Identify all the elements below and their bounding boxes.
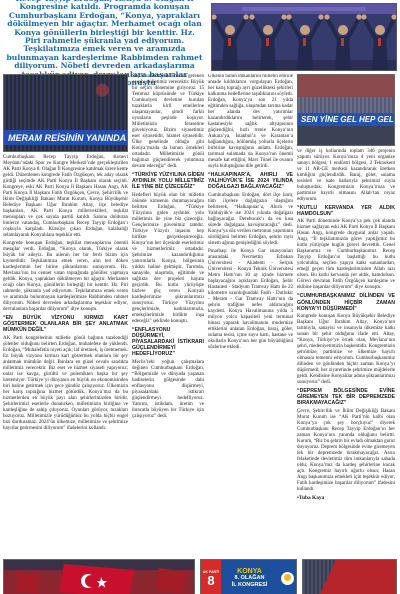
newspaper-page: Cumhurbaşkanı ve AK Parti Genel Başkanı …: [0, 0, 400, 594]
paragraph: Çevre, Şehircilik ve İklim Değişikliği B…: [297, 409, 395, 493]
turkish-flags-crowd-photo: [3, 559, 195, 594]
meram-banner-text: MERAM REİSİNİN YANINDA: [8, 133, 126, 143]
subheading: “TÜRKİYE YÜZYILINA GİDEN AYDINLIK YOLU M…: [132, 172, 204, 191]
congress-title-line3: İL KONGRESİ: [232, 582, 268, 589]
congress-banner-title: KONYA 8. OLAĞAN İL KONGRESİ: [221, 560, 278, 594]
paragraph: Ülkenin bütün imkanlarını milletin emrin…: [208, 74, 293, 170]
bottom-photo-strip: AK PARTİ 8 KONYA 8. OLAĞAN İL KONGRESİ: [3, 559, 397, 594]
stadium-photo-lower-area: [298, 126, 394, 145]
subheading: “EN BÜYÜK VİZYONU KIRMIZI KART GÖSTERMEK…: [3, 315, 128, 334]
paragraph: Kongrede konuşan Konya Büyükşehir Beledi…: [297, 314, 395, 386]
meram-crowd-photo: MERAM REİSİNİN YANINDA: [3, 74, 128, 152]
paragraph: Cumhurbaşkanı Recep Tayyip Erdoğan, Kone…: [3, 155, 128, 239]
paragraph: Seçim sandıklarında onlara gereken cevab…: [132, 74, 204, 170]
column-1: MERAM REİSİNİN YANINDA Cumhurbaşkanı Rec…: [3, 74, 128, 556]
stage-photo-illustration: [212, 4, 396, 70]
congress-banner-side: AK PARTİ 8: [201, 560, 221, 594]
subheading: “KUTLU KERVANDA YER ALDIK HAMDOLSUN”: [297, 205, 395, 217]
page-header: Cumhurbaşkanı ve AK Parti Genel Başkanı …: [3, 3, 397, 71]
paragraph: ve diğer iş kollarında toplam 346 projen…: [297, 149, 395, 203]
column-3: Ülkenin bütün imkanlarını milletin emrin…: [208, 74, 293, 556]
subheading: “DEPREM BÖLGESİNDE EVİNE GİREMEYEN TEK B…: [297, 388, 395, 407]
ak-parti-logo-icon: [278, 560, 296, 594]
turkish-flag-illustration: [4, 560, 194, 594]
lead-paragraph-box: Cumhurbaşkanı ve AK Parti Genel Başkanı …: [3, 3, 206, 71]
paragraph: Kongrede konuşan Erdoğan, teşkilat mensu…: [3, 241, 128, 313]
paragraph: AK Parti döneminde Konya’ya pek çok alan…: [297, 219, 395, 291]
column-2: Seçim sandıklarında onlara gereken cevab…: [132, 74, 204, 556]
byline: •Tuba Kaya: [297, 495, 395, 501]
column-4: SEN YİNE GEL HEP GEL ve diğer iş kolları…: [297, 74, 395, 556]
paragraph: Meclis’teki yoğun çalışmalara değinen Cu…: [132, 360, 204, 420]
paragraph: Pınarbaşı ile Konya Gar istasyonları ara…: [208, 249, 293, 351]
stadium-banner-text: SEN YİNE GEL HEP GEL: [301, 115, 394, 124]
paragraph: Cumhurbaşkanı Erdoğan, dört ilçe hariç t…: [208, 193, 293, 247]
subheading: “HALKAPINAR’A, AHIRLI VE YALIHÜYÜK’E İSE…: [208, 172, 293, 191]
flag-closeup-photo: [302, 559, 397, 594]
article-body: MERAM REİSİNİN YANINDA Cumhurbaşkanı Rec…: [3, 74, 397, 556]
stage-photo: [211, 3, 397, 71]
subheading: “CUMHURBAŞKANIMIZ DİLİNDEN VE GÖNLÜNDEN …: [297, 293, 395, 312]
paragraph: AK Parti kongrelerinin milletle gönül ba…: [3, 336, 128, 432]
paragraph: Hedefleri büyük olan bir milletin önünde…: [132, 193, 204, 325]
stadium-banner: SEN YİNE GEL HEP GEL: [298, 113, 394, 126]
congress-number: 8: [207, 574, 214, 587]
meram-banner: MERAM REİSİNİN YANINDA: [4, 130, 127, 145]
stadium-crowd-photo: SEN YİNE GEL HEP GEL: [297, 74, 395, 146]
congress-banner-photo: AK PARTİ 8 KONYA 8. OLAĞAN İL KONGRESİ: [200, 559, 297, 594]
subheading: “ENFLASYONU DÜŞÜRMEYİ, PİYASALARDAKİ İST…: [132, 327, 204, 358]
